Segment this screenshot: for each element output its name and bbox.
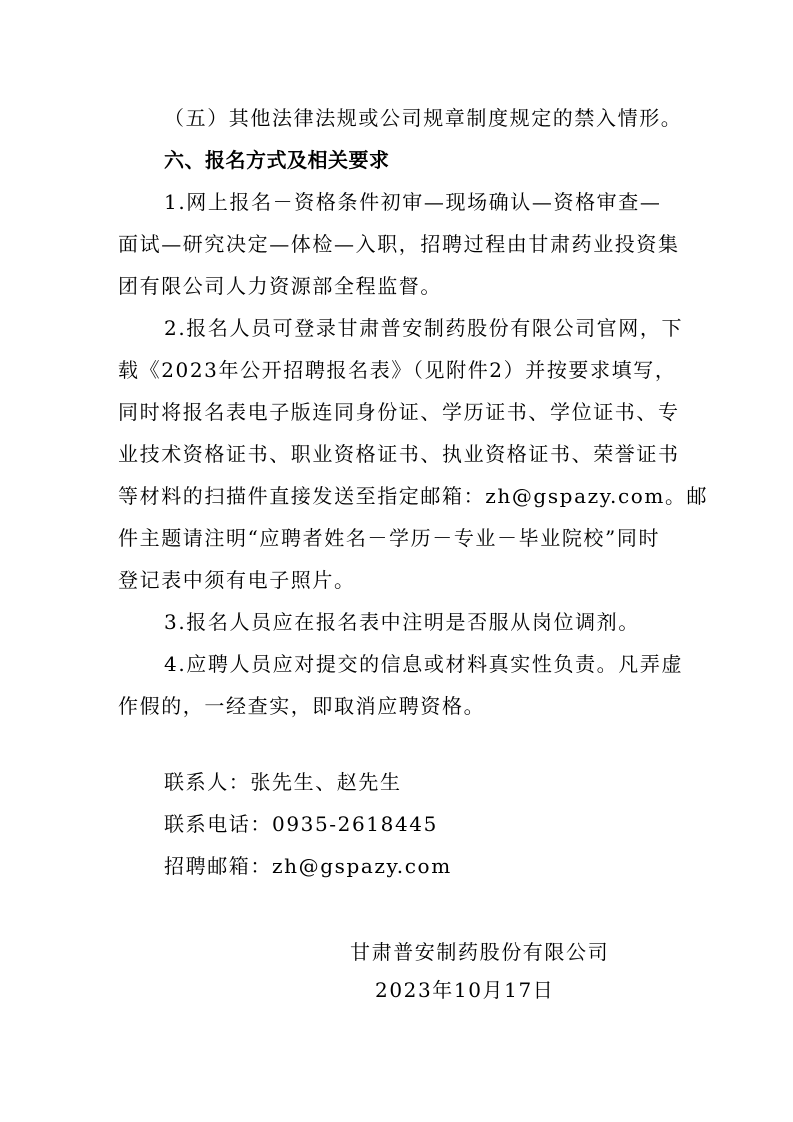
paragraph-4-line-1: 4.应聘人员应对提交的信息或材料真实性负责。凡弄虚 (164, 652, 683, 676)
document-page: （五）其他法律法规或公司规章制度规定的禁入情形。 六、报名方式及相关要求 1.网… (0, 0, 793, 1122)
signature-date: 2023年10月17日 (375, 978, 554, 1002)
signature-company: 甘肃普安制药股份有限公司 (350, 940, 609, 964)
paragraph-2-line-7: 登记表中须有电子照片。 (118, 568, 356, 592)
contact-phone: 联系电话：0935-2618445 (164, 812, 438, 836)
paragraph-2-line-3: 同时将报名表电子版连同身份证、学历证书、学位证书、专 (118, 400, 680, 424)
paragraph-1-line-2: 面试—研究决定—体检—入职，招聘过程由甘肃药业投资集 (118, 232, 680, 256)
contact-email: 招聘邮箱：zh@gspazy.com (164, 854, 452, 878)
paragraph-2-line-2: 载《2023年公开招聘报名表》（见附件2）并按要求填写， (118, 358, 676, 382)
item-5-text: （五）其他法律法规或公司规章制度规定的禁入情形。 (164, 106, 682, 130)
paragraph-2-line-1: 2.报名人员可登录甘肃普安制药股份有限公司官网，下 (164, 316, 683, 340)
section-6-heading: 六、报名方式及相关要求 (164, 148, 390, 172)
contact-person: 联系人：张先生、赵先生 (164, 770, 402, 794)
paragraph-2-line-6: 件主题请注明“应聘者姓名－学历－专业－毕业院校”同时 (118, 526, 660, 550)
paragraph-1-line-1: 1.网上报名－资格条件初审—现场确认—资格审查— (164, 190, 661, 214)
paragraph-1-line-3: 团有限公司人力资源部全程监督。 (118, 274, 442, 298)
paragraph-2-line-4: 业技术资格证书、职业资格证书、执业资格证书、荣誉证书 (118, 442, 680, 466)
paragraph-2-line-5: 等材料的扫描件直接发送至指定邮箱：zh@gspazy.com。邮 (118, 484, 708, 508)
paragraph-4-line-2: 作假的，一经查实，即取消应聘资格。 (118, 694, 485, 718)
paragraph-3-line-1: 3.报名人员应在报名表中注明是否服从岗位调剂。 (164, 610, 640, 634)
